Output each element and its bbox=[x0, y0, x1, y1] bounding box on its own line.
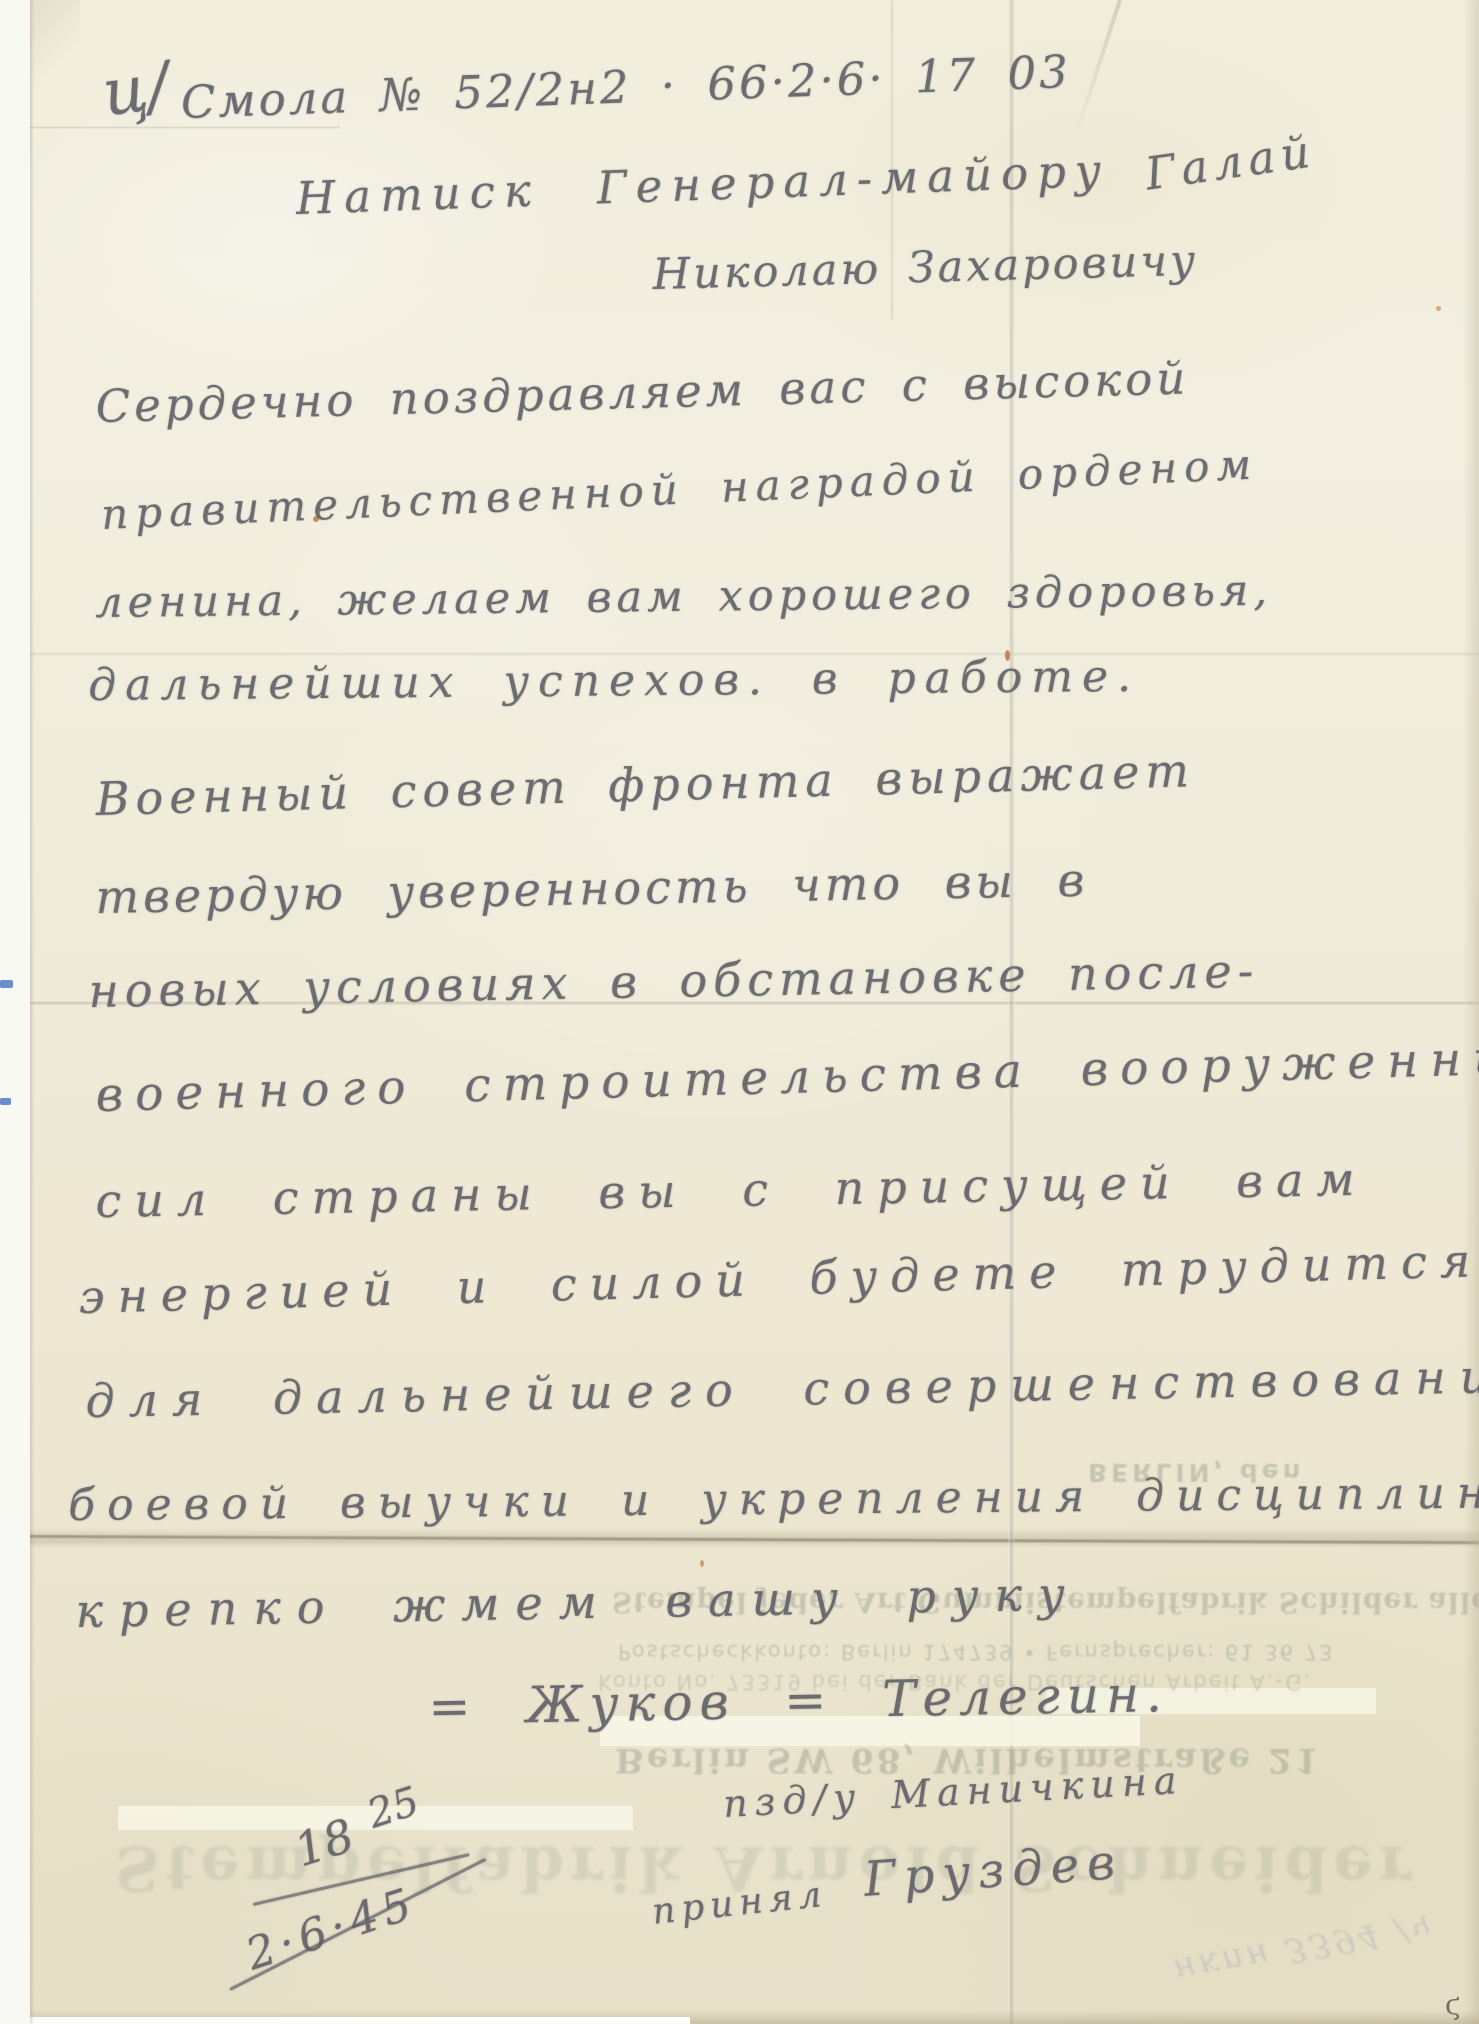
rust-speck-3 bbox=[1436, 306, 1441, 311]
scan-edge-strip bbox=[0, 0, 30, 2024]
blue-edge-mark-1 bbox=[0, 980, 13, 988]
top-right-crease bbox=[1072, 0, 1122, 143]
addressee-name-line: Николаю Захаровичу bbox=[652, 236, 1199, 300]
bottom-left-white-sliver bbox=[0, 2017, 690, 2024]
addressee-surname: Галай bbox=[1142, 124, 1319, 200]
header-check-mark: ц/ bbox=[98, 49, 174, 131]
signature-line: = Жуков = Телегин. bbox=[428, 1665, 1169, 1736]
body-line-7: новых условиях в обстановке после- bbox=[88, 944, 1260, 1018]
body-line-11: для дальнейшего совершенствования bbox=[85, 1348, 1479, 1428]
body-line-10: энергией и силой будете трудится bbox=[78, 1233, 1479, 1324]
fold-crease-light bbox=[0, 126, 340, 129]
telegram-scan: BERLIN, den Stempel jeder Art Gummistemp… bbox=[0, 0, 1479, 2024]
right-edge-shade bbox=[1463, 0, 1479, 2024]
body-line-3: ленина, желаем вам хорошего здоровья, bbox=[95, 566, 1272, 628]
fold-crease-strong-line bbox=[0, 1535, 1479, 1544]
rust-speck-4 bbox=[700, 1560, 704, 1567]
body-line-6: твердую уверенность что вы в bbox=[95, 853, 1089, 924]
body-line-1: Сердечно поздравляем вас с высокой bbox=[95, 351, 1190, 433]
received-label: принял bbox=[650, 1874, 829, 1933]
body-line-9: сил страны вы с присущей вам bbox=[95, 1152, 1368, 1228]
transmitted-by-line: пзд/у Маничкина bbox=[722, 1758, 1184, 1826]
body-line-4: дальнейших успехов. в работе. bbox=[88, 651, 1140, 711]
bleed-post-line: Postscheckkonto: Berlin 174739 • Fernspr… bbox=[618, 1640, 1334, 1664]
header-routing-line: Смола № 52/2н2 · 66·2·6· 17 03 bbox=[180, 45, 1072, 129]
bleed-corner-number: нкпн 3394 /ч bbox=[1171, 1905, 1438, 1990]
body-line-12: боевой выучки и укрепления дисциплины. bbox=[68, 1467, 1479, 1531]
body-line-13: крепко жмем вашу руку bbox=[75, 1566, 1081, 1638]
time-hours: 18 bbox=[288, 1808, 360, 1877]
date-value: 2·6·45 bbox=[240, 1878, 423, 1981]
time-minutes: 25 bbox=[362, 1778, 425, 1837]
body-line-5: Военный совет фронта выражает bbox=[95, 743, 1196, 826]
addressee-rank-line: Натиск Генерал-майору bbox=[295, 144, 1111, 225]
bottom-corner-ink-mark: ϛ bbox=[1445, 1988, 1461, 2021]
fold-crease-strong-soft bbox=[0, 1528, 1479, 1548]
body-line-2: правительственной наградой орденом bbox=[100, 439, 1259, 538]
body-line-8: военного строительства вооруженных bbox=[95, 1030, 1479, 1123]
received-name: Груздев bbox=[862, 1834, 1125, 1908]
blue-edge-mark-2 bbox=[0, 1098, 11, 1105]
